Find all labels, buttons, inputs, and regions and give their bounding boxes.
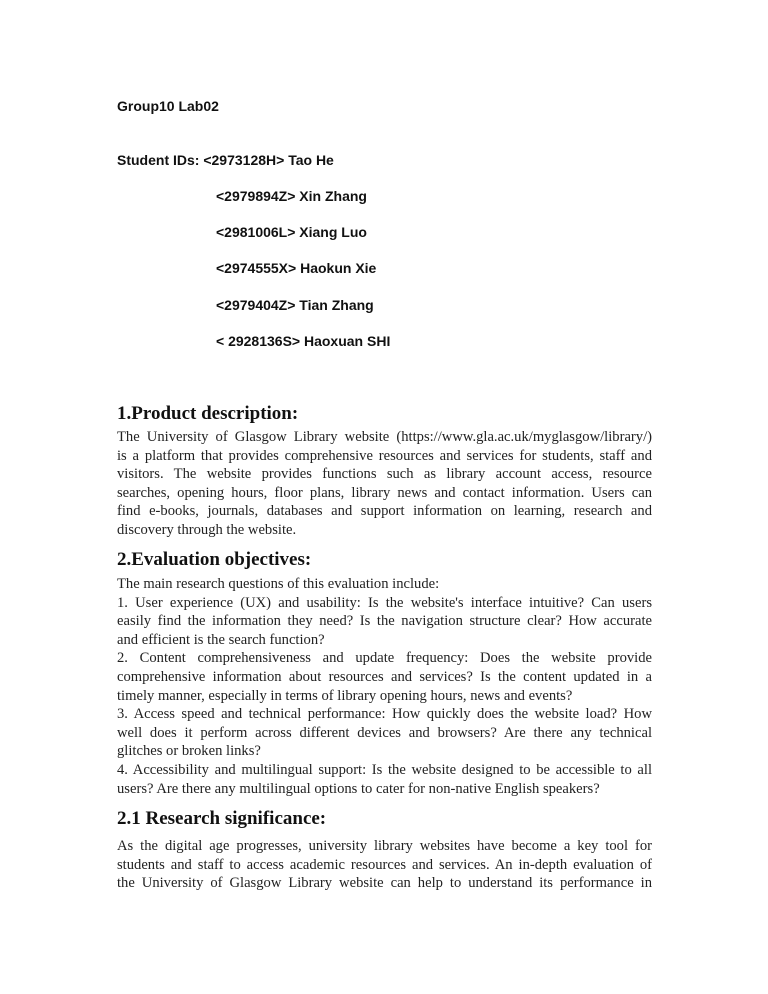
student-ids-row-0: Student IDs: <2973128H> Tao He (117, 152, 334, 168)
student-name: Tao He (288, 152, 334, 168)
text-line: comprehensive information about resource… (117, 668, 652, 687)
student-id: <2974555X> (216, 260, 296, 276)
text-line: The University of Glasgow Library websit… (117, 428, 652, 447)
student-name: Xiang Luo (299, 224, 367, 240)
student-row: <2981006L> Xiang Luo (216, 224, 367, 240)
text-line: is a platform that provides comprehensiv… (117, 447, 652, 466)
text-line: easily find the information they need? I… (117, 612, 652, 631)
group-title: Group10 Lab02 (117, 98, 219, 114)
section-heading-product-description: 1.Product description: (117, 403, 298, 425)
student-row: <2979404Z> Tian Zhang (216, 297, 374, 313)
text-line: well does it perform across different de… (117, 724, 652, 743)
student-name: Haokun Xie (300, 260, 376, 276)
student-name: Tian Zhang (299, 297, 373, 313)
section-heading-research-significance: 2.1 Research significance: (117, 808, 326, 830)
student-id: <2981006L> (216, 224, 295, 240)
student-id: <2973128H> (203, 152, 284, 168)
text-line: timely manner, especially in terms of li… (117, 687, 652, 706)
text-line: discovery through the website. (117, 521, 652, 540)
text-line: 1. User experience (UX) and usability: I… (117, 594, 652, 613)
section-body-evaluation-objectives: The main research questions of this eval… (117, 575, 652, 798)
text-line: As the digital age progresses, universit… (117, 837, 652, 856)
student-id: < 2928136S> (216, 333, 300, 349)
student-name: Xin Zhang (299, 188, 367, 204)
text-line: the University of Glasgow Library websit… (117, 874, 652, 893)
text-line: and efficient is the search function? (117, 631, 652, 650)
text-line: The main research questions of this eval… (117, 575, 652, 594)
document-page: Group10 Lab02 Student IDs: <2973128H> Ta… (0, 0, 768, 994)
text-line: 3. Access speed and technical performanc… (117, 705, 652, 724)
text-line: users? Are there any multilingual option… (117, 780, 652, 799)
student-row: < 2928136S> Haoxuan SHI (216, 333, 390, 349)
text-line: 2. Content comprehensiveness and update … (117, 649, 652, 668)
text-line: students and staff to access academic re… (117, 856, 652, 875)
student-name: Haoxuan SHI (304, 333, 390, 349)
student-row: <2974555X> Haokun Xie (216, 260, 376, 276)
text-line: glitches or broken links? (117, 742, 652, 761)
text-line: searches, opening hours, floor plans, li… (117, 484, 652, 503)
student-row: <2979894Z> Xin Zhang (216, 188, 367, 204)
section-body-product-description: The University of Glasgow Library websit… (117, 428, 652, 540)
student-id: <2979404Z> (216, 297, 295, 313)
text-line: visitors. The website provides functions… (117, 465, 652, 484)
text-line: find e-books, journals, databases and su… (117, 502, 652, 521)
text-line: 4. Accessibility and multilingual suppor… (117, 761, 652, 780)
student-id: <2979894Z> (216, 188, 295, 204)
section-heading-evaluation-objectives: 2.Evaluation objectives: (117, 549, 311, 571)
student-ids-label: Student IDs: (117, 152, 199, 168)
section-body-research-significance: As the digital age progresses, universit… (117, 837, 652, 893)
